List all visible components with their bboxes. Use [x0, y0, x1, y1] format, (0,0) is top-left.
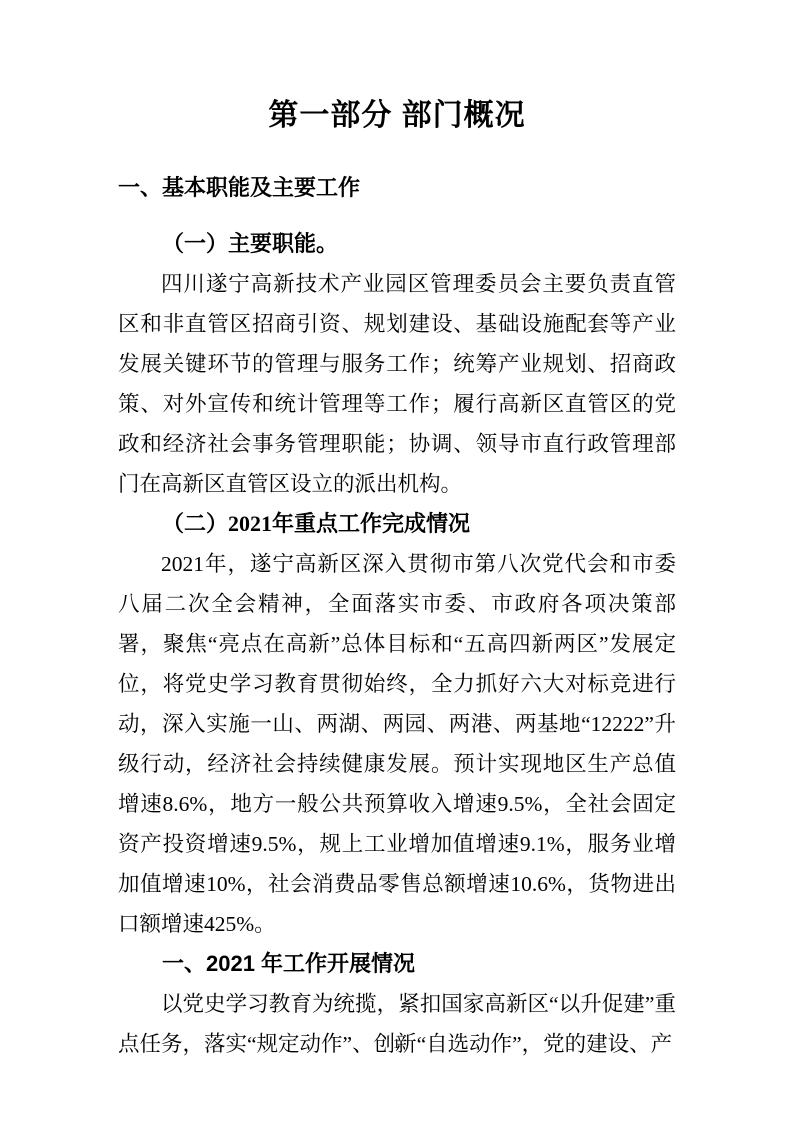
section-heading-basic-functions: 一、基本职能及主要工作	[118, 168, 676, 208]
subsection-heading-2021-work-progress: 一、2021 年工作开展情况	[118, 944, 676, 984]
paragraph-2021-key-work: 2021年，遂宁高新区深入贯彻市第八次党代会和市委八届二次全会精神，全面落实市委…	[118, 544, 676, 944]
paragraph-main-functions: 四川遂宁高新技术产业园区管理委员会主要负责直管区和非直管区招商引资、规划建设、基…	[118, 264, 676, 504]
subsection-heading-2021-key-work: （二）2021年重点工作完成情况	[118, 504, 676, 544]
subsection-heading-main-functions: （一）主要职能。	[118, 224, 676, 264]
document-content: 第一部分 部门概况 一、基本职能及主要工作 （一）主要职能。 四川遂宁高新技术产…	[118, 0, 676, 1064]
document-page: 第一部分 部门概况 一、基本职能及主要工作 （一）主要职能。 四川遂宁高新技术产…	[0, 0, 793, 1122]
page-number: 1	[0, 1036, 793, 1054]
document-title: 第一部分 部门概况	[118, 95, 676, 137]
